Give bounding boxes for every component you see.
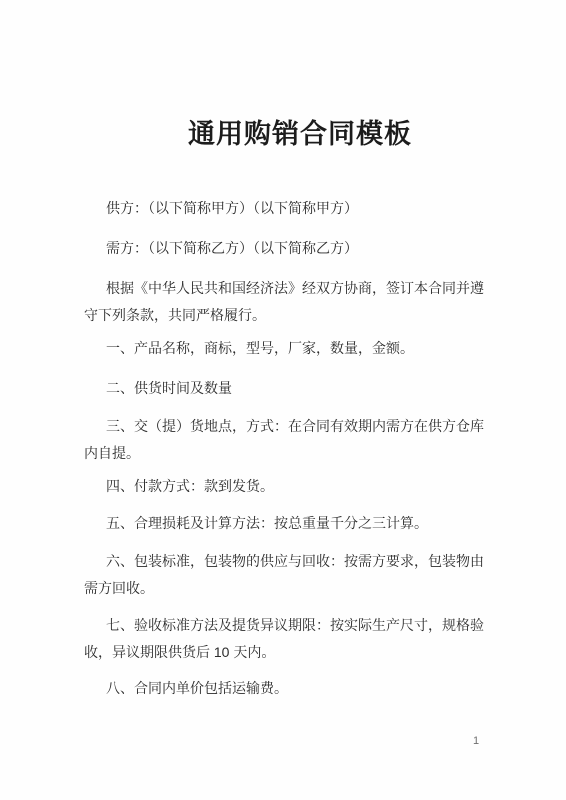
contract-line-preamble-1: 根据《中华人民共和国经济法》经双方协商，签订本合同并遵 (106, 279, 484, 297)
contract-line-clause-3b: 内自提。 (84, 444, 140, 462)
contract-line-clause-1: 一、产品名称，商标，型号，厂家，数量，金额。 (106, 339, 414, 357)
contract-line-clause-8: 八、合同内单价包括运输费。 (106, 679, 288, 697)
contract-line-preamble-2: 守下列条款，共同严格履行。 (84, 306, 266, 324)
contract-line-supplier: 供方：（以下简称甲方）（以下简称甲方） (106, 199, 358, 217)
document-page: 通用购销合同模板 供方：（以下简称甲方）（以下简称甲方） 需方：（以下简称乙方）… (0, 0, 566, 800)
contract-line-clause-6b: 需方回收。 (84, 579, 154, 597)
document-title: 通用购销合同模板 (34, 112, 566, 151)
contract-line-clause-6a: 六、包装标准，包装物的供应与回收：按需方要求，包装物由 (106, 552, 484, 570)
contract-line-clause-3a: 三、交（提）货地点，方式：在合同有效期内需方在供方仓库 (106, 417, 484, 435)
contract-line-clause-7b: 收，异议期限供货后 10 天内。 (84, 643, 275, 661)
page-number: 1 (473, 735, 479, 747)
contract-line-buyer: 需方：（以下简称乙方）（以下简称乙方） (106, 239, 358, 257)
contract-line-clause-7a: 七、验收标准方法及提货异议期限：按实际生产尺寸，规格验 (106, 616, 484, 634)
contract-line-clause-2: 二、供货时间及数量 (106, 379, 232, 397)
contract-line-clause-4: 四、付款方式：款到发货。 (106, 477, 274, 495)
contract-line-clause-5: 五、合理损耗及计算方法：按总重量千分之三计算。 (106, 514, 428, 532)
